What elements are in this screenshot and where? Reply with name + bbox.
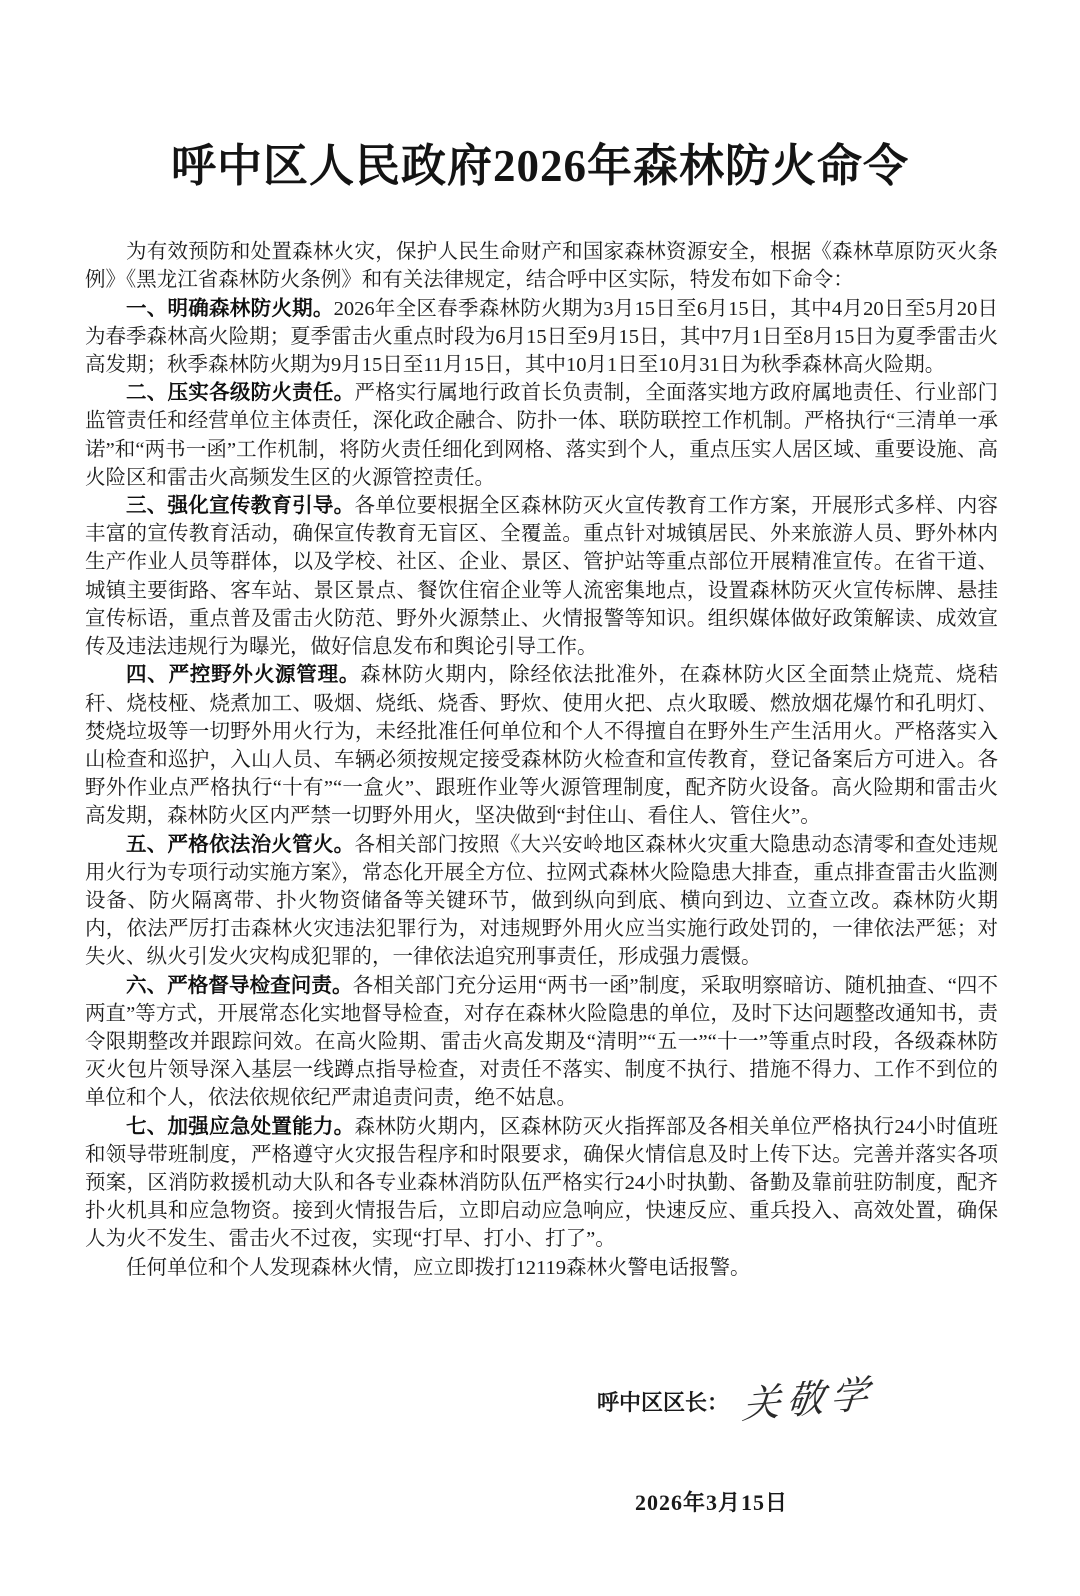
section-4: 四、严控野外火源管理。森林防火期内，除经依法批准外，在森林防火区全面禁止烧荒、烧…: [85, 661, 998, 830]
document-body: 为有效预防和处置森林火灾，保护人民生命财产和国家森林资源安全，根据《森林草原防灭…: [0, 238, 1080, 1282]
section-1-heading: 一、明确森林防火期。: [126, 297, 334, 320]
section-7: 七、加强应急处置能力。森林防火期内，区森林防灭火指挥部及各相关单位严格执行24小…: [85, 1113, 998, 1254]
section-2-heading: 二、压实各级防火责任。: [126, 381, 354, 404]
document-title: 呼中区人民政府2026年森林防火命令: [0, 0, 1080, 194]
section-6-heading: 六、严格督导检查问责。: [126, 974, 353, 997]
issue-date: 2026年3月15日: [0, 1486, 1080, 1517]
section-3: 三、强化宣传教育引导。各单位要根据全区森林防灭火宣传教育工作方案，开展形式多样、…: [85, 492, 998, 661]
section-6: 六、严格督导检查问责。各相关部门充分运用“两书一函”制度，采取明察暗访、随机抽查…: [85, 972, 998, 1113]
section-7-heading: 七、加强应急处置能力。: [126, 1115, 354, 1138]
signer-title-label: 呼中区区长：: [597, 1386, 729, 1417]
section-5-heading: 五、严格依法治火管火。: [126, 833, 354, 856]
section-3-body: 各单位要根据全区森林防灭火宣传教育工作方案，开展形式多样、内容丰富的宣传教育活动…: [85, 495, 998, 658]
section-4-body: 森林防火期内，除经依法批准外，在森林防火区全面禁止烧荒、烧秸秆、烧枝桠、烧煮加工…: [85, 664, 998, 827]
signature-block: 呼中区区长： 关敬学: [0, 1370, 1080, 1434]
handwritten-signature: 关敬学: [741, 1362, 877, 1429]
closing-paragraph: 任何单位和个人发现森林火情，应立即拨打12119森林火警电话报警。: [85, 1254, 998, 1282]
official-document-page: 呼中区人民政府2026年森林防火命令 为有效预防和处置森林火灾，保护人民生命财产…: [0, 0, 1080, 1596]
section-3-heading: 三、强化宣传教育引导。: [126, 494, 354, 517]
intro-paragraph: 为有效预防和处置森林火灾，保护人民生命财产和国家森林资源安全，根据《森林草原防灭…: [85, 238, 998, 294]
section-5: 五、严格依法治火管火。各相关部门按照《大兴安岭地区森林火灾重大隐患动态清零和查处…: [85, 831, 998, 972]
section-1: 一、明确森林防火期。2026年全区春季森林防火期为3月15日至6月15日，其中4…: [85, 295, 998, 380]
section-2: 二、压实各级防火责任。严格实行属地行政首长负责制，全面落实地方政府属地责任、行业…: [85, 379, 998, 492]
section-4-heading: 四、严控野外火源管理。: [126, 663, 360, 686]
